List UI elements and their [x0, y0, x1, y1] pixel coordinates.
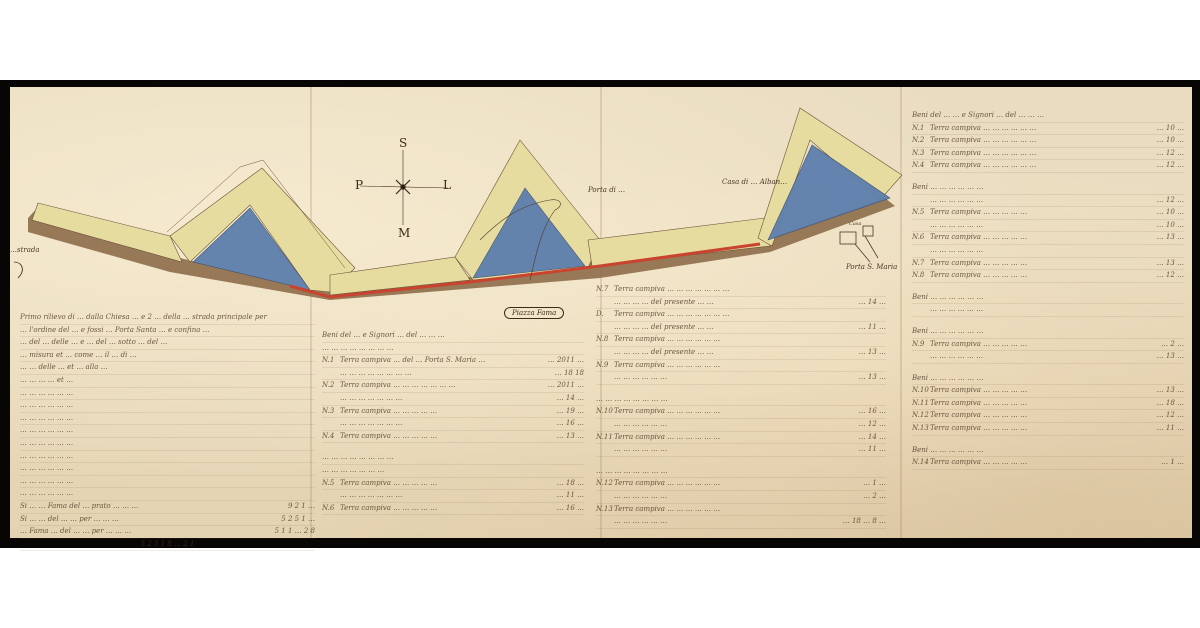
- ledger-entry: … … … … … …… 2 …: [596, 491, 886, 504]
- intro-line: … … … … … …: [20, 488, 315, 501]
- ledger-entry: … … … … del presente … …… 11 …: [596, 322, 886, 335]
- upper-label-1: Porta di …: [588, 186, 625, 194]
- section-heading: … … … … … … … …: [596, 394, 886, 407]
- ledger-entry: N.14Terra campiva … … … … …… 1 …: [912, 457, 1184, 470]
- ledger-entry: N.1Terra campiva … del … Porta S. Maria …: [322, 355, 584, 368]
- intro-line: … … … … et …: [20, 375, 315, 388]
- ledger-entry: N.11Terra campiva … … … … …… 18 …: [912, 398, 1184, 411]
- ledger-entry: N.2Terra campiva … … … … … …… 10 …: [912, 135, 1184, 148]
- compass-rose: [360, 150, 448, 225]
- intro-line: … del … delle … e … del … sotto … del …: [20, 337, 315, 350]
- compass-west-label: P: [355, 178, 363, 192]
- ledger-entry: … … … … … … …… 16 …: [322, 418, 584, 431]
- ledger-entry: N.12Terra campiva … … … … … …… 1 …: [596, 478, 886, 491]
- section-heading: Beni del … e Signori … del … … …: [322, 330, 584, 343]
- intro-line: … … … … … …: [20, 451, 315, 464]
- ledger-column-3: N.7Terra campiva … … … … … … … … … … … d…: [596, 284, 886, 529]
- ledger-entry: N.7Terra campiva … … … … … … …: [596, 284, 886, 297]
- ledger-entry: … … … … … … …… 14 …: [322, 393, 584, 406]
- ledger-column-2: Beni del … e Signori … del … … … … … … ……: [322, 330, 584, 515]
- ledger-entry: N.10Terra campiva … … … … … …… 16 …: [596, 406, 886, 419]
- compass-east-label: L: [443, 178, 451, 192]
- ledger-entry: N.1Terra campiva … … … … … …… 10 …: [912, 123, 1184, 136]
- porta-label: Porta S. Maria: [846, 263, 897, 271]
- section-heading: … … … … … … … …: [322, 343, 584, 356]
- house-label: Casa: [849, 221, 861, 227]
- intro-line: … … … … … …: [20, 425, 315, 438]
- ledger-entry: N.3Terra campiva … … … … … …… 12 …: [912, 148, 1184, 161]
- intro-line: … … … … … …: [20, 400, 315, 413]
- total-row: Si … … Fama del … prato … … … 9 2 1 …: [20, 501, 315, 514]
- left-margin-scroll: [14, 262, 22, 278]
- ledger-column-1: Primo rilievo di … dalla Chiesa … e 2 … …: [20, 312, 315, 551]
- intro-line: … l'ordine del … e fossi … Porta Santa ……: [20, 325, 315, 338]
- section-heading: Beni … … … … … …: [912, 326, 1184, 339]
- ledger-entry: … … … … … …… 10 …: [912, 220, 1184, 233]
- ledger-entry: N.4Terra campiva … … … … … …… 12 …: [912, 160, 1184, 173]
- intro-line: … … delle … et … alla …: [20, 362, 315, 375]
- section-heading: … … … … … … … …: [596, 466, 886, 479]
- ledger-entry: N.10Terra campiva … … … … …… 13 …: [912, 385, 1184, 398]
- ledger-entry: N.3Terra campiva … … … … …… 19 …: [322, 406, 584, 419]
- intro-line: … … … … … …: [20, 388, 315, 401]
- house-buildings: [840, 226, 878, 262]
- intro-line: … … … … … …: [20, 463, 315, 476]
- ledger-entry: … … … … … … … …… 18 18: [322, 368, 584, 381]
- ledger-entry: N.8Terra campiva … … … … …… 12 …: [912, 270, 1184, 283]
- total-row: … Fama … del … … per … … … 5 1 1 … 2 8: [20, 526, 315, 539]
- section-heading: … … … … … … …: [322, 465, 584, 478]
- compass-north-label: S: [399, 136, 407, 150]
- left-margin-label: …strada: [10, 246, 40, 254]
- ledger-entry: N.13Terra campiva … … … … …… 11 …: [912, 423, 1184, 436]
- ledger-entry: … … … … … …… 13 …: [912, 351, 1184, 364]
- intro-line: … misura et … come … il … di …: [20, 350, 315, 363]
- section-heading: … … … … … … … …: [322, 452, 584, 465]
- ledger-entry: … … … … … …… 18 … 8 …: [596, 516, 886, 529]
- section-heading: Beni … … … … … …: [912, 373, 1184, 386]
- section-heading: Beni … … … … … …: [912, 292, 1184, 305]
- ledger-entry: … … … … … …… 12 …: [912, 195, 1184, 208]
- ledger-entry: N.7Terra campiva … … … … …… 13 …: [912, 258, 1184, 271]
- ledger-entry: N.5Terra campiva … … … … …… 18 …: [322, 478, 584, 491]
- section-heading: Beni … … … … … …: [912, 182, 1184, 195]
- piazza-label: Piazza Fama: [504, 307, 564, 319]
- ledger-entry: … … … … … … …… 11 …: [322, 490, 584, 503]
- ledger-entry: … … … … … …: [912, 304, 1184, 317]
- ledger-entry: N.5Terra campiva … … … … …… 10 …: [912, 207, 1184, 220]
- ledger-entry: … … … … … …… 11 …: [596, 444, 886, 457]
- ledger-entry: … … … … … …… 12 …: [596, 419, 886, 432]
- compass-south-label: M: [398, 226, 410, 240]
- intro-line: … … … … … …: [20, 438, 315, 451]
- ledger-entry: N.6Terra campiva … … … … …… 13 …: [912, 232, 1184, 245]
- ledger-entry: N.13Terra campiva … … … … … …: [596, 504, 886, 517]
- ledger-entry: N.12Terra campiva … … … … …… 12 …: [912, 410, 1184, 423]
- ledger-entry: … … … … … …… 13 …: [596, 372, 886, 385]
- ledger-entry: N.11Terra campiva … … … … … …… 14 …: [596, 432, 886, 445]
- ledger-entry: D.Terra campiva … … … … … … …: [596, 309, 886, 322]
- section-heading: Beni del … … e Signori … del … … …: [912, 110, 1184, 123]
- ledger-entry: … … … … del presente … …… 14 …: [596, 297, 886, 310]
- ledger-entry: N.8Terra campiva … … … … … …: [596, 334, 886, 347]
- section-heading: Beni … … … … … …: [912, 445, 1184, 458]
- ledger-entry: N.9Terra campiva … … … … …… 2 …: [912, 339, 1184, 352]
- grand-total: 5 2 5 1 8 … 2 1: [20, 539, 315, 552]
- total-row: Si … … del … … per … … … 5 2 5 1 …: [20, 514, 315, 527]
- ledger-entry: N.9Terra campiva … … … … … …: [596, 360, 886, 373]
- ledger-entry: N.6Terra campiva … … … … …… 16 …: [322, 503, 584, 516]
- intro-line: … … … … … …: [20, 413, 315, 426]
- ledger-entry: … … … … del presente … …… 13 …: [596, 347, 886, 360]
- ledger-column-4: Beni del … … e Signori … del … … … N.1Te…: [912, 110, 1184, 470]
- intro-line: Primo rilievo di … dalla Chiesa … e 2 … …: [20, 312, 315, 325]
- upper-label-2: Casa di … Alban…: [722, 178, 787, 186]
- ledger-entry: … … … … … …: [912, 245, 1184, 258]
- ledger-entry: N.2Terra campiva … … … … … … …… 2011 …: [322, 380, 584, 393]
- ledger-entry: N.4Terra campiva … … … … …… 13 …: [322, 431, 584, 444]
- intro-line: … … … … … …: [20, 476, 315, 489]
